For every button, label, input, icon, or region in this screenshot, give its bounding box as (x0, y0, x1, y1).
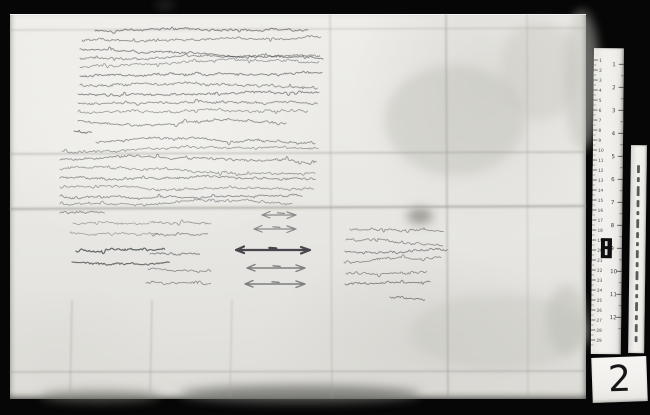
evidence-number: 2 (607, 361, 631, 398)
svg-text:27: 27 (597, 318, 603, 323)
svg-text:22: 22 (597, 268, 603, 273)
svg-text:3: 3 (612, 108, 616, 114)
svg-text:24: 24 (597, 288, 603, 293)
svg-text:2: 2 (612, 85, 616, 91)
svg-text:26: 26 (597, 308, 603, 313)
svg-text:9: 9 (598, 138, 601, 143)
photo-stage: 1234567891011121314151617181920212223242… (0, 0, 650, 415)
manuscript-paper (10, 14, 586, 399)
svg-text:10: 10 (598, 148, 604, 153)
svg-text:6: 6 (599, 108, 602, 113)
measuring-ruler: 1234567891011121314151617181920212223242… (591, 48, 624, 354)
evidence-number-card: 2 (591, 356, 648, 403)
catalog-label-text-marks (628, 145, 647, 353)
catalog-label-strip (628, 145, 647, 353)
svg-text:5: 5 (611, 154, 615, 160)
svg-text:21: 21 (597, 258, 603, 263)
svg-text:13: 13 (598, 178, 604, 183)
svg-text:11: 11 (598, 158, 604, 163)
svg-text:16: 16 (598, 208, 604, 213)
svg-text:10: 10 (610, 269, 618, 275)
svg-text:15: 15 (598, 198, 604, 203)
svg-text:17: 17 (598, 218, 604, 223)
svg-text:7: 7 (599, 118, 602, 123)
svg-text:12: 12 (610, 315, 617, 321)
svg-text:1: 1 (599, 58, 602, 63)
svg-text:23: 23 (597, 278, 603, 283)
svg-text:8: 8 (611, 223, 615, 229)
ruler-scale: 1234567891011121314151617181920212223242… (591, 48, 624, 354)
svg-text:1: 1 (612, 62, 616, 68)
svg-text:5: 5 (599, 98, 602, 103)
svg-text:4: 4 (612, 131, 616, 137)
svg-text:18: 18 (597, 228, 603, 233)
svg-text:2: 2 (599, 68, 602, 73)
svg-text:8: 8 (599, 128, 602, 133)
svg-text:12: 12 (598, 168, 604, 173)
svg-text:14: 14 (598, 188, 604, 193)
svg-text:25: 25 (597, 298, 603, 303)
svg-text:4: 4 (599, 88, 602, 93)
svg-text:3: 3 (599, 78, 602, 83)
svg-text:7: 7 (611, 200, 615, 206)
ruler-brand-badge (601, 238, 612, 258)
svg-text:28: 28 (596, 328, 602, 333)
svg-text:6: 6 (611, 177, 615, 183)
svg-text:11: 11 (610, 292, 617, 298)
svg-text:29: 29 (596, 338, 602, 343)
